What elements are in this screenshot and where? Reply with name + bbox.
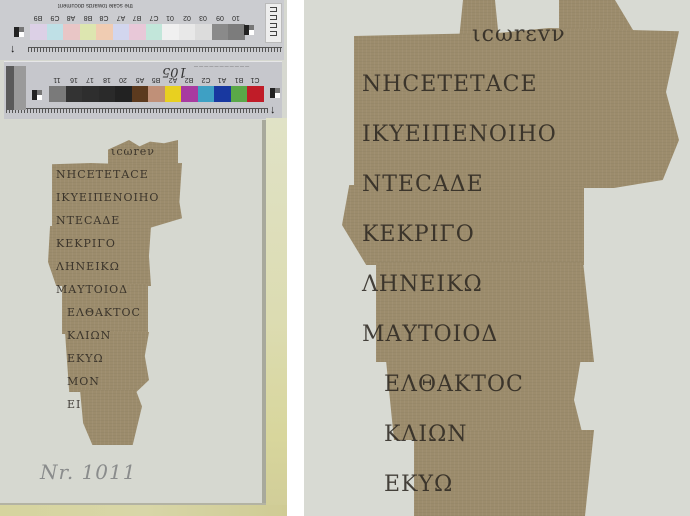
papyrus-text-line: ιcωreν [111, 145, 155, 158]
papyrus-text-line: ΜΑΥΤΟΙΟΔ [56, 283, 128, 296]
color-patch-label: A5 [132, 76, 148, 83]
color-patch [49, 86, 66, 102]
color-patch [115, 86, 132, 102]
down-arrow-icon: ↓ [270, 105, 276, 116]
color-patch [146, 24, 163, 40]
papyrus-text-line: ΕΛΘΑΚΤΟC [67, 306, 141, 319]
color-patch [47, 24, 64, 40]
right-image-panel-detail: ιcωrεvνΝΗCΕΤΕΤΑCΕΙΚΥΕΙΠΕΝΟΙΗΟΝΤΕCΑΔΕΚΕΚΡ… [304, 0, 690, 516]
grey-target-icon [14, 27, 24, 37]
papyrus-text-line: ΝΗCΕΤΕΤΑCΕ [362, 72, 538, 97]
down-arrow-icon: ↓ [10, 44, 16, 55]
papyrus-text-line: ΙΚΥΕΙΠΕΝΟΙΗΟ [362, 122, 557, 147]
color-patch-label: A7 [113, 14, 129, 21]
papyrus-text-line: ΙΚΥΕΙΠΕΝΟΙΗΟ [56, 191, 159, 204]
color-patch [231, 86, 248, 102]
color-patch [181, 86, 198, 102]
color-patch [179, 24, 196, 40]
color-patch-label: C8 [96, 14, 112, 21]
color-patch [129, 24, 146, 40]
color-patch-label: 09 [212, 14, 228, 21]
ruler-scale [6, 108, 268, 116]
papyrus-text-line: ιcωrεvν [472, 22, 566, 47]
color-patch-label: 11 [49, 76, 65, 83]
mount-tape-strip [0, 505, 287, 516]
color-patch-label: C2 [198, 76, 214, 83]
papyrus-text-line: ΜΟΝ [67, 375, 100, 388]
color-patch [212, 24, 229, 40]
color-patch-label: 18 [99, 76, 115, 83]
color-patch [30, 24, 47, 40]
color-patch [113, 24, 130, 40]
color-patch [214, 86, 231, 102]
color-patch-label: C1 [247, 76, 263, 83]
color-patch-label: 10 [228, 14, 244, 21]
color-patch [247, 86, 264, 102]
left-image-panel: the scale towards document B9C9A8B8C8A7B… [0, 0, 287, 516]
color-patch-label: B2 [181, 76, 197, 83]
papyrus-text-line: ΚΛΙΩΝ [67, 329, 111, 342]
papyrus-text-line: ΝΤΕCΑΔΕ [362, 172, 484, 197]
grey-target-icon [32, 90, 42, 100]
papyrus-text-line: ΚΕΚΡΙΓΟ [362, 222, 475, 247]
papyrus-text-line: ΕΙ [67, 398, 81, 411]
ruler-scale [28, 47, 282, 55]
color-patch-label: A1 [214, 76, 230, 83]
color-patch [165, 86, 182, 102]
color-patch [198, 86, 215, 102]
papyrus-text-line: ΕΚΥΩ [384, 472, 453, 497]
grey-target-icon [244, 25, 254, 35]
color-patch-label: A8 [63, 14, 79, 21]
color-patch-label: B8 [80, 14, 96, 21]
inventory-number-label: Nr. 1011 [40, 460, 136, 484]
color-patch-label: A2 [165, 76, 181, 83]
color-calibration-chart-top: the scale towards document B9C9A8B8C8A7B… [0, 0, 284, 60]
papyrus-text-line: ΕΛΘΑΚΤΟC [384, 372, 524, 397]
color-patch-label: C9 [47, 14, 63, 21]
color-patch [80, 24, 97, 40]
chart-caption: the scale towards document [58, 2, 133, 8]
color-patch-label: 01 [162, 14, 178, 21]
papyrus-text-line: ΚΛΙΩΝ [384, 422, 468, 447]
color-patch-label: B5 [148, 76, 164, 83]
papyrus-text-line: ΛΗΝΕΙΚΩ [56, 260, 120, 273]
color-patch-label: 16 [66, 76, 82, 83]
color-patch-label: 17 [82, 76, 98, 83]
color-patch [148, 86, 165, 102]
color-patch-label: 20 [115, 76, 131, 83]
papyrus-text-line: ΕΚΥΩ [67, 352, 104, 365]
color-patch-label: B1 [231, 76, 247, 83]
papyrus-text-line: ΝΤΕCΑΔΕ [56, 214, 120, 227]
color-patch [96, 24, 113, 40]
color-calibration-chart-bottom: 105 — — — — — — — — — — — 1116171820A5B5… [4, 61, 282, 119]
color-patch-label: 03 [195, 14, 211, 21]
color-patch [162, 24, 179, 40]
papyrus-text-line: ΜΑΥΤΟΙΟΔ [362, 322, 498, 347]
color-patch-label: B7 [129, 14, 145, 21]
color-patch [195, 24, 212, 40]
barcode-tag [265, 3, 282, 43]
papyrus-text-line: ΚΕΚΡΙΓΟ [56, 237, 116, 250]
color-patch [99, 86, 116, 102]
grey-wedge [6, 66, 26, 110]
papyrus-text-line: ΝΗCΕΤΕΤΑCΕ [56, 168, 149, 181]
chart-fine-print: — — — — — — — — — — — [194, 65, 249, 70]
color-patch [228, 24, 245, 40]
color-patch-label: C7 [146, 14, 162, 21]
color-patch [66, 86, 83, 102]
grey-target-icon [270, 88, 280, 98]
papyrus-text-line: ΛΗΝΕΙΚΩ [362, 272, 483, 297]
color-patch [82, 86, 99, 102]
color-patch-label: 02 [179, 14, 195, 21]
color-patch-label: B9 [30, 14, 46, 21]
mount-tape-strip [266, 118, 287, 516]
color-patch [63, 24, 80, 40]
color-patch [132, 86, 149, 102]
